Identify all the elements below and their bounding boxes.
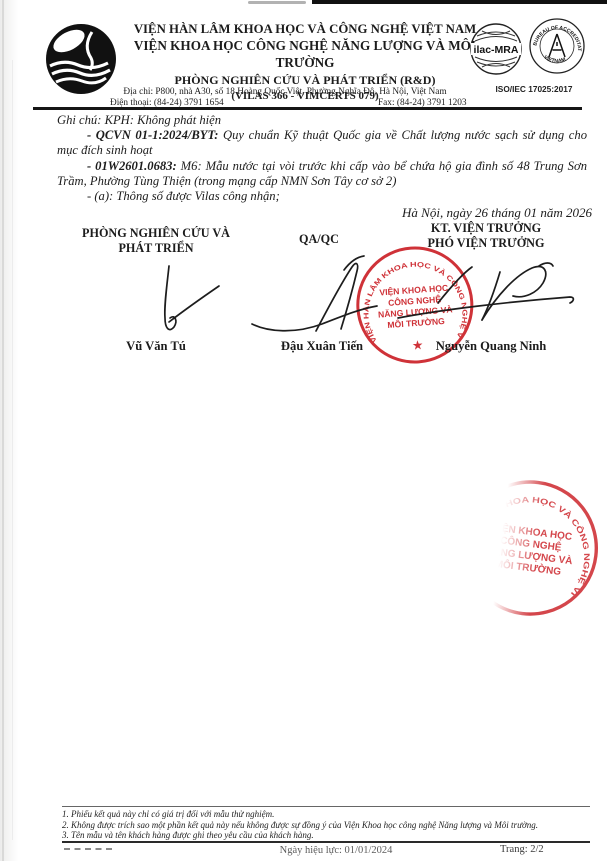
footer-note-3: 3. Tên mẫu và tên khách hàng được ghi th… <box>62 830 592 841</box>
note-qcvn: - QCVN 01-1:2024/BYT: Quy chuẩn Kỹ thuật… <box>57 128 587 158</box>
sig-name-left: Vũ Văn Tú <box>60 339 252 354</box>
notes-section: Ghi chú: KPH: Không phát hiện - QCVN 01-… <box>57 113 587 204</box>
note-sample-code: - 01W2601.0683: <box>87 159 177 173</box>
sig-title-rnd: PHÒNG NGHIÊN CỨU VÀ PHÁT TRIỂN <box>58 226 254 256</box>
ilac-mra-badge-icon: ilac-MRA <box>469 22 523 81</box>
note-vilas: - (a): Thông số được Vilas công nhận; <box>57 189 587 204</box>
footer-page-number: Trang: 2/2 <box>500 844 588 855</box>
header-divider <box>33 107 582 110</box>
footer-note-2: 2. Không được trích sao một phần kết quả… <box>62 820 592 831</box>
header-org-line2: VIỆN KHOA HỌC CÔNG NGHỆ NĂNG LƯỢNG VÀ MÔ… <box>125 37 485 71</box>
note-kph: Ghi chú: KPH: Không phát hiện <box>57 113 587 128</box>
scan-artifact-top-2 <box>248 1 306 4</box>
sig-name-mid: Đậu Xuân Tiến <box>252 339 392 354</box>
sig-title-rnd-line2: PHÁT TRIỂN <box>58 241 254 256</box>
sig-title-rnd-line1: PHÒNG NGHIÊN CỨU VÀ <box>58 226 254 241</box>
footer-divider-bottom <box>62 841 590 843</box>
report-page: VIỆN HÀN LÂM KHOA HỌC VÀ CÔNG NGHỆ VIỆT … <box>0 0 607 861</box>
scan-edge-line <box>2 0 4 861</box>
iso-17025-label: ISO/IEC 17025:2017 <box>482 84 586 94</box>
sig-title-qaqc: QA/QC <box>276 232 362 247</box>
note-qcvn-code: - QCVN 01-1:2024/BYT: <box>87 128 218 142</box>
note-sample: - 01W2601.0683: M6: Mẫu nước tại vòi trư… <box>57 159 587 189</box>
scan-artifact-top <box>312 0 607 4</box>
footer-code-cropped <box>64 848 112 854</box>
footer-note-1: 1. Phiếu kết quả này chỉ có giá trị đối … <box>62 809 592 820</box>
boa-bottom-label: VIETNAM <box>543 54 567 64</box>
ilac-mra-label: ilac-MRA <box>474 44 519 56</box>
bureau-of-accreditation-badge-icon: BUREAU OF ACCREDITATION VIETNAM <box>527 15 587 82</box>
official-red-stamp: VIỆN HÀN LÂM KHOA HỌC VÀ CÔNG NGHỆ VIỆT … <box>350 240 481 375</box>
header-org-line1: VIỆN HÀN LÂM KHOA HỌC VÀ CÔNG NGHỆ VIỆT … <box>125 21 485 37</box>
footer-divider-top <box>62 806 590 807</box>
scan-edge-line-2 <box>12 60 13 840</box>
sig-title-director-line1: KT. VIỆN TRƯỞNG <box>386 221 586 236</box>
footer-effective-date: Ngày hiệu lực: 01/01/2024 <box>246 845 426 856</box>
footer-notes: 1. Phiếu kết quả này chỉ có giá trị đối … <box>62 809 592 841</box>
header-address: Địa chỉ: P800, nhà A30, số 18 Hoàng Quốc… <box>100 87 470 98</box>
svg-text:VIETNAM: VIETNAM <box>543 54 567 64</box>
sig-name-right: Nguyễn Quang Ninh <box>398 339 584 354</box>
signature-vu-van-tu <box>165 266 219 330</box>
boa-mountain-glyph <box>549 34 565 57</box>
partial-red-stamp-edge: VIỆN HÀN LÂM KHOA HỌC VÀ CÔNG NGHỆ VIỆT … <box>446 464 607 636</box>
date-line: Hà Nội, ngày 26 tháng 01 năm 2026 <box>320 205 592 221</box>
